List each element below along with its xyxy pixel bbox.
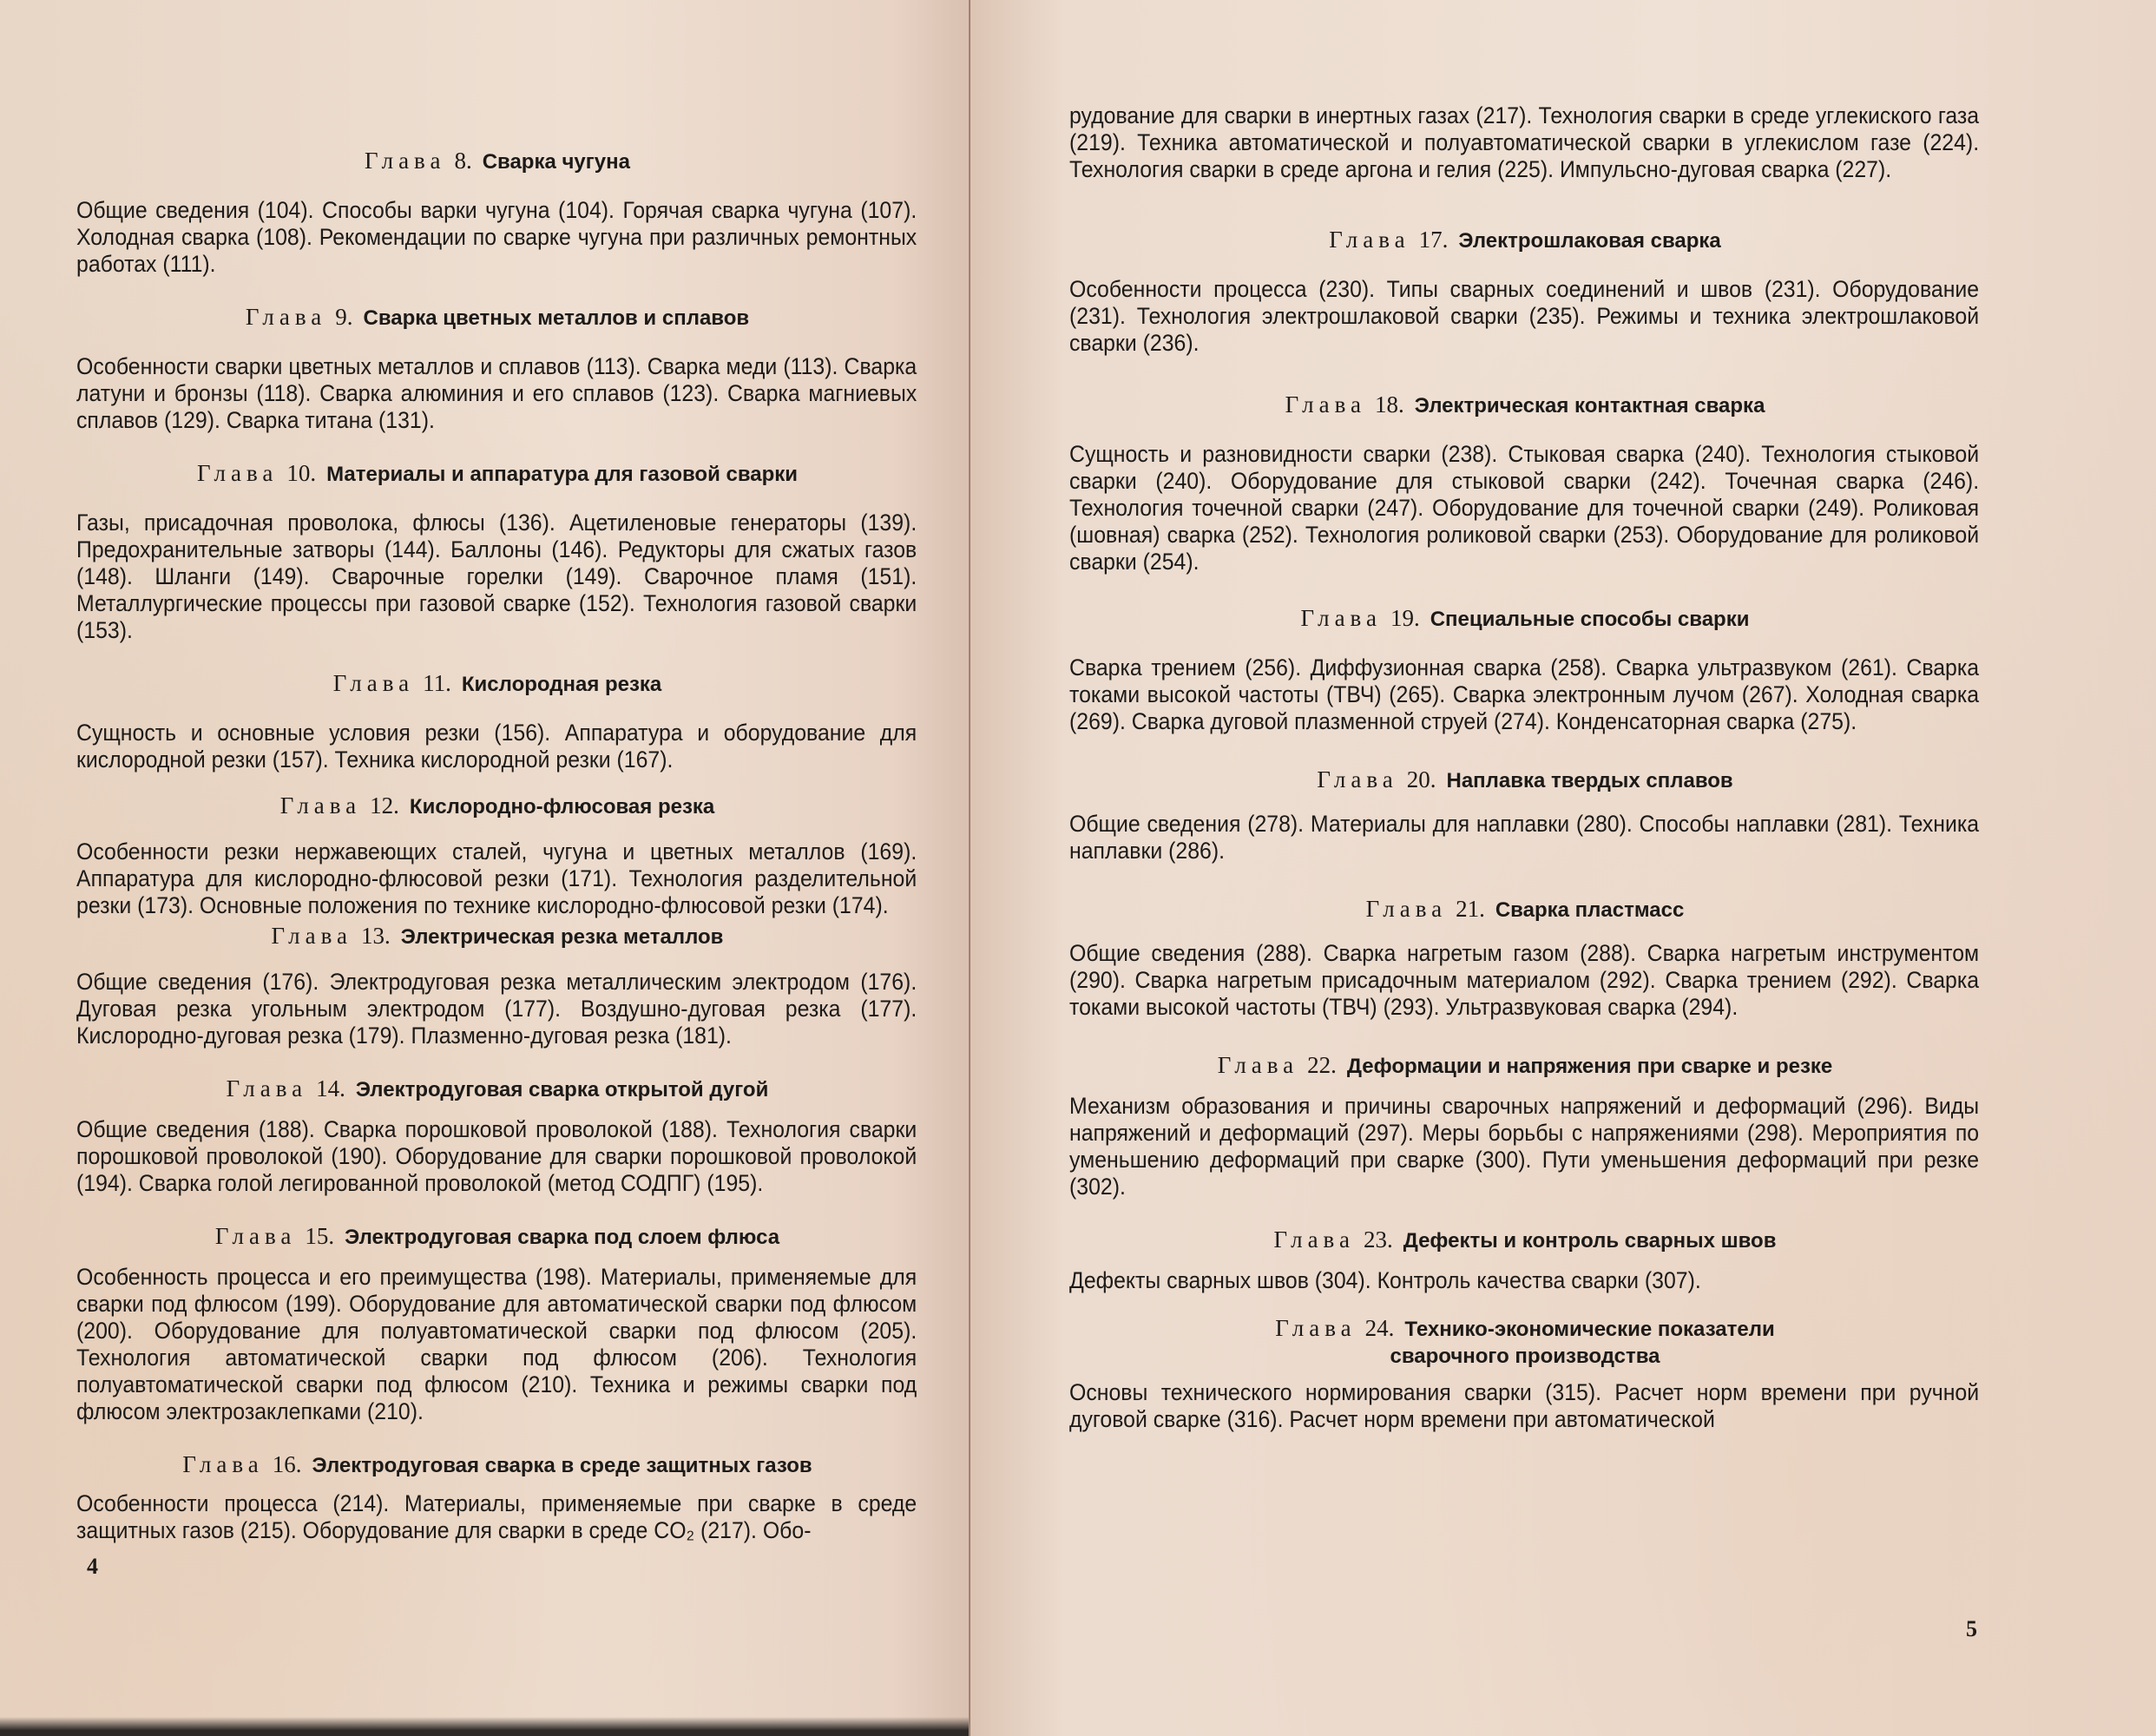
- chapter-sections: Особенности процесса (230). Типы сварных…: [1069, 276, 1979, 357]
- chapter-sections: Общие сведения (188). Сварка порошковой …: [76, 1116, 917, 1197]
- chapter-number: 15.: [305, 1223, 334, 1249]
- toc-chapter: Глава16.Электродуговая сварка в среде за…: [76, 1451, 918, 1544]
- chapter-number: 12.: [370, 792, 399, 819]
- chapter-heading: Глава9.Сварка цветных металлов и сплавов: [76, 304, 918, 331]
- chapter-sections: Особенности сварки цветных металлов и сп…: [76, 353, 917, 434]
- chapter-number: 16.: [273, 1451, 302, 1477]
- toc-chapter: Глава22.Деформации и напряжения при свар…: [1069, 1052, 1981, 1200]
- page-edge-shadow: [0, 1717, 970, 1736]
- toc-chapter: Глава20.Наплавка твердых сплавов Общие с…: [1069, 766, 1981, 865]
- toc-chapter: Глава9.Сварка цветных металлов и сплавов…: [76, 304, 918, 434]
- toc-chapter: Глава23.Дефекты и контроль сварных швов …: [1069, 1226, 1981, 1294]
- chapter-label: Глава: [1301, 605, 1382, 631]
- chapter-title: Наплавка твердых сплавов: [1446, 769, 1732, 792]
- chapter-number: 10.: [286, 460, 316, 486]
- toc-chapter: Глава24.Технико-экономические показатели…: [1069, 1315, 1981, 1433]
- chapter-heading: Глава13.Электрическая резка металлов: [76, 923, 918, 950]
- chapter-title: Сварка пластмасс: [1495, 898, 1684, 922]
- chapter-title: Электродуговая сварка под слоем флюса: [345, 1226, 779, 1249]
- chapter-sections: Общие сведения (288). Сварка нагретым га…: [1069, 940, 1979, 1021]
- left-page: Глава8.Сварка чугуна Общие сведения (104…: [0, 0, 970, 1736]
- chapter-heading: Глава21.Сварка пластмасс: [1069, 896, 1981, 923]
- chapter-heading: Глава14.Электродуговая сварка открытой д…: [76, 1075, 918, 1102]
- chapter-label: Глава: [197, 460, 278, 486]
- chapter-sections: Основы технического нормирования сварки …: [1069, 1379, 1979, 1433]
- toc-chapter: Глава12.Кислородно-флюсовая резка Особен…: [76, 792, 918, 919]
- chapter-title: Деформации и напряжения при сварке и рез…: [1347, 1055, 1832, 1078]
- chapter-label: Глава: [1329, 227, 1410, 253]
- chapter-number: 8.: [454, 148, 471, 174]
- chapter-label: Глава: [246, 304, 326, 330]
- chapter-title: Сварка цветных металлов и сплавов: [364, 306, 750, 330]
- chapter-sections: Механизм образования и причины сварочных…: [1069, 1093, 1979, 1200]
- chapter-sections: Особенности процесса (214). Материалы, п…: [76, 1490, 917, 1544]
- page-number: 4: [87, 1554, 98, 1580]
- toc-chapter: Глава18.Электрическая контактная сварка …: [1069, 391, 1981, 575]
- toc-chapter: Глава10.Материалы и аппаратура для газов…: [76, 460, 918, 644]
- chapter-title: Материалы и аппаратура для газовой сварк…: [326, 463, 798, 486]
- chapter-title: Дефекты и контроль сварных швов: [1403, 1229, 1777, 1253]
- chapter-heading: Глава17.Электрошлаковая сварка: [1069, 227, 1981, 253]
- chapter-label: Глава: [182, 1451, 263, 1477]
- chapter-title: Электрошлаковая сварка: [1458, 229, 1720, 253]
- chapter-title: Специальные способы сварки: [1430, 608, 1750, 631]
- toc-chapter: Глава17.Электрошлаковая сварка Особеннос…: [1069, 227, 1981, 357]
- chapter-heading: Глава16.Электродуговая сварка в среде за…: [76, 1451, 918, 1478]
- chapter-heading: Глава12.Кислородно-флюсовая резка: [76, 792, 918, 819]
- chapter-number: 20.: [1407, 766, 1436, 792]
- chapter-label: Глава: [1285, 391, 1366, 418]
- chapter-label: Глава: [1275, 1315, 1356, 1341]
- toc-chapter: Глава8.Сварка чугуна Общие сведения (104…: [76, 148, 918, 278]
- chapter-number: 22.: [1307, 1052, 1337, 1078]
- chapter-heading: Глава11.Кислородная резка: [76, 670, 918, 697]
- chapter-label: Глава: [1317, 766, 1397, 792]
- chapter-title: Электрическая контактная сварка: [1415, 394, 1765, 418]
- toc-chapter: Глава13.Электрическая резка металлов Общ…: [76, 923, 918, 1049]
- chapter-label: Глава: [280, 792, 361, 819]
- toc-chapter: Глава14.Электродуговая сварка открытой д…: [76, 1075, 918, 1197]
- chapter-label: Глава: [333, 670, 414, 696]
- toc-chapter: Глава11.Кислородная резка Сущность и осн…: [76, 670, 918, 773]
- chapter-title: Сварка чугуна: [483, 150, 630, 174]
- chapter-label: Глава: [215, 1223, 296, 1249]
- chapter-sections: Сущность и основные условия резки (156).…: [76, 720, 917, 773]
- chapter-sections: Газы, присадочная проволока, флюсы (136)…: [76, 510, 917, 644]
- toc-chapter: Глава15.Электродуговая сварка под слоем …: [76, 1223, 918, 1425]
- chapter-number: 9.: [335, 304, 352, 330]
- chapter-heading: Глава8.Сварка чугуна: [76, 148, 918, 174]
- chapter-number: 24.: [1365, 1315, 1395, 1341]
- chapter-title: Кислородно-флюсовая резка: [410, 795, 714, 819]
- left-page-toc: Глава8.Сварка чугуна Общие сведения (104…: [76, 122, 918, 1544]
- chapter-number: 13.: [361, 923, 391, 949]
- chapter-sections: Общие сведения (104). Способы варки чугу…: [76, 197, 917, 278]
- page-number: 5: [1966, 1616, 1977, 1642]
- chapter-sections: Дефекты сварных швов (304). Контроль кач…: [1069, 1267, 1979, 1294]
- chapter-sections: Сварка трением (256). Диффузионная сварк…: [1069, 654, 1979, 735]
- chapter-number: 14.: [316, 1075, 345, 1101]
- chapter-title: Электрическая резка металлов: [401, 925, 724, 949]
- chapter-sections: Особенность процесса и его преимущества …: [76, 1264, 917, 1425]
- chapter-number: 17.: [1419, 227, 1449, 253]
- chapter-heading: Глава24.Технико-экономические показатели…: [1069, 1315, 1981, 1369]
- chapter-number: 21.: [1456, 896, 1485, 922]
- toc-chapter: Глава19.Специальные способы сварки Сварк…: [1069, 605, 1981, 735]
- chapter-number: 11.: [423, 670, 451, 696]
- chapter-sections: Общие сведения (278). Материалы для напл…: [1069, 811, 1979, 865]
- chapter-label: Глава: [365, 148, 445, 174]
- right-page-toc: рудование для сварки в инертных газах (2…: [1069, 102, 1981, 1433]
- chapter-sections: Особенности резки нержавеющих сталей, чу…: [76, 838, 917, 919]
- chapter-heading: Глава23.Дефекты и контроль сварных швов: [1069, 1226, 1981, 1253]
- chapter-title: Технико-экономические показатели сварочн…: [1390, 1318, 1774, 1368]
- chapter-heading: Глава18.Электрическая контактная сварка: [1069, 391, 1981, 418]
- chapter-label: Глава: [1218, 1052, 1298, 1078]
- chapter-heading: Глава15.Электродуговая сварка под слоем …: [76, 1223, 918, 1250]
- chapter-sections: Сущность и разновидности сварки (238). С…: [1069, 441, 1979, 575]
- chapter-heading: Глава20.Наплавка твердых сплавов: [1069, 766, 1981, 793]
- chapter-label: Глава: [1274, 1226, 1355, 1253]
- chapter-label: Глава: [227, 1075, 307, 1101]
- chapter-heading: Глава19.Специальные способы сварки: [1069, 605, 1981, 632]
- chapter-sections-continued: рудование для сварки в инертных газах (2…: [1069, 102, 1979, 183]
- chapter-number: 18.: [1375, 391, 1404, 418]
- chapter-sections: Общие сведения (176). Электродуговая рез…: [76, 969, 917, 1049]
- chapter-number: 19.: [1390, 605, 1420, 631]
- chapter-number: 23.: [1364, 1226, 1393, 1253]
- chapter-label: Глава: [272, 923, 352, 949]
- chapter-label: Глава: [1366, 896, 1447, 922]
- chapter-heading: Глава22.Деформации и напряжения при свар…: [1069, 1052, 1981, 1079]
- chapter-title: Кислородная резка: [462, 673, 661, 696]
- book-spread: Глава8.Сварка чугуна Общие сведения (104…: [0, 0, 2156, 1736]
- chapter-heading: Глава10.Материалы и аппаратура для газов…: [76, 460, 918, 487]
- chapter-title: Электродуговая сварка в среде защитных г…: [312, 1454, 812, 1477]
- toc-chapter: Глава21.Сварка пластмасс Общие сведения …: [1069, 896, 1981, 1021]
- chapter-title: Электродуговая сварка открытой дугой: [356, 1078, 769, 1101]
